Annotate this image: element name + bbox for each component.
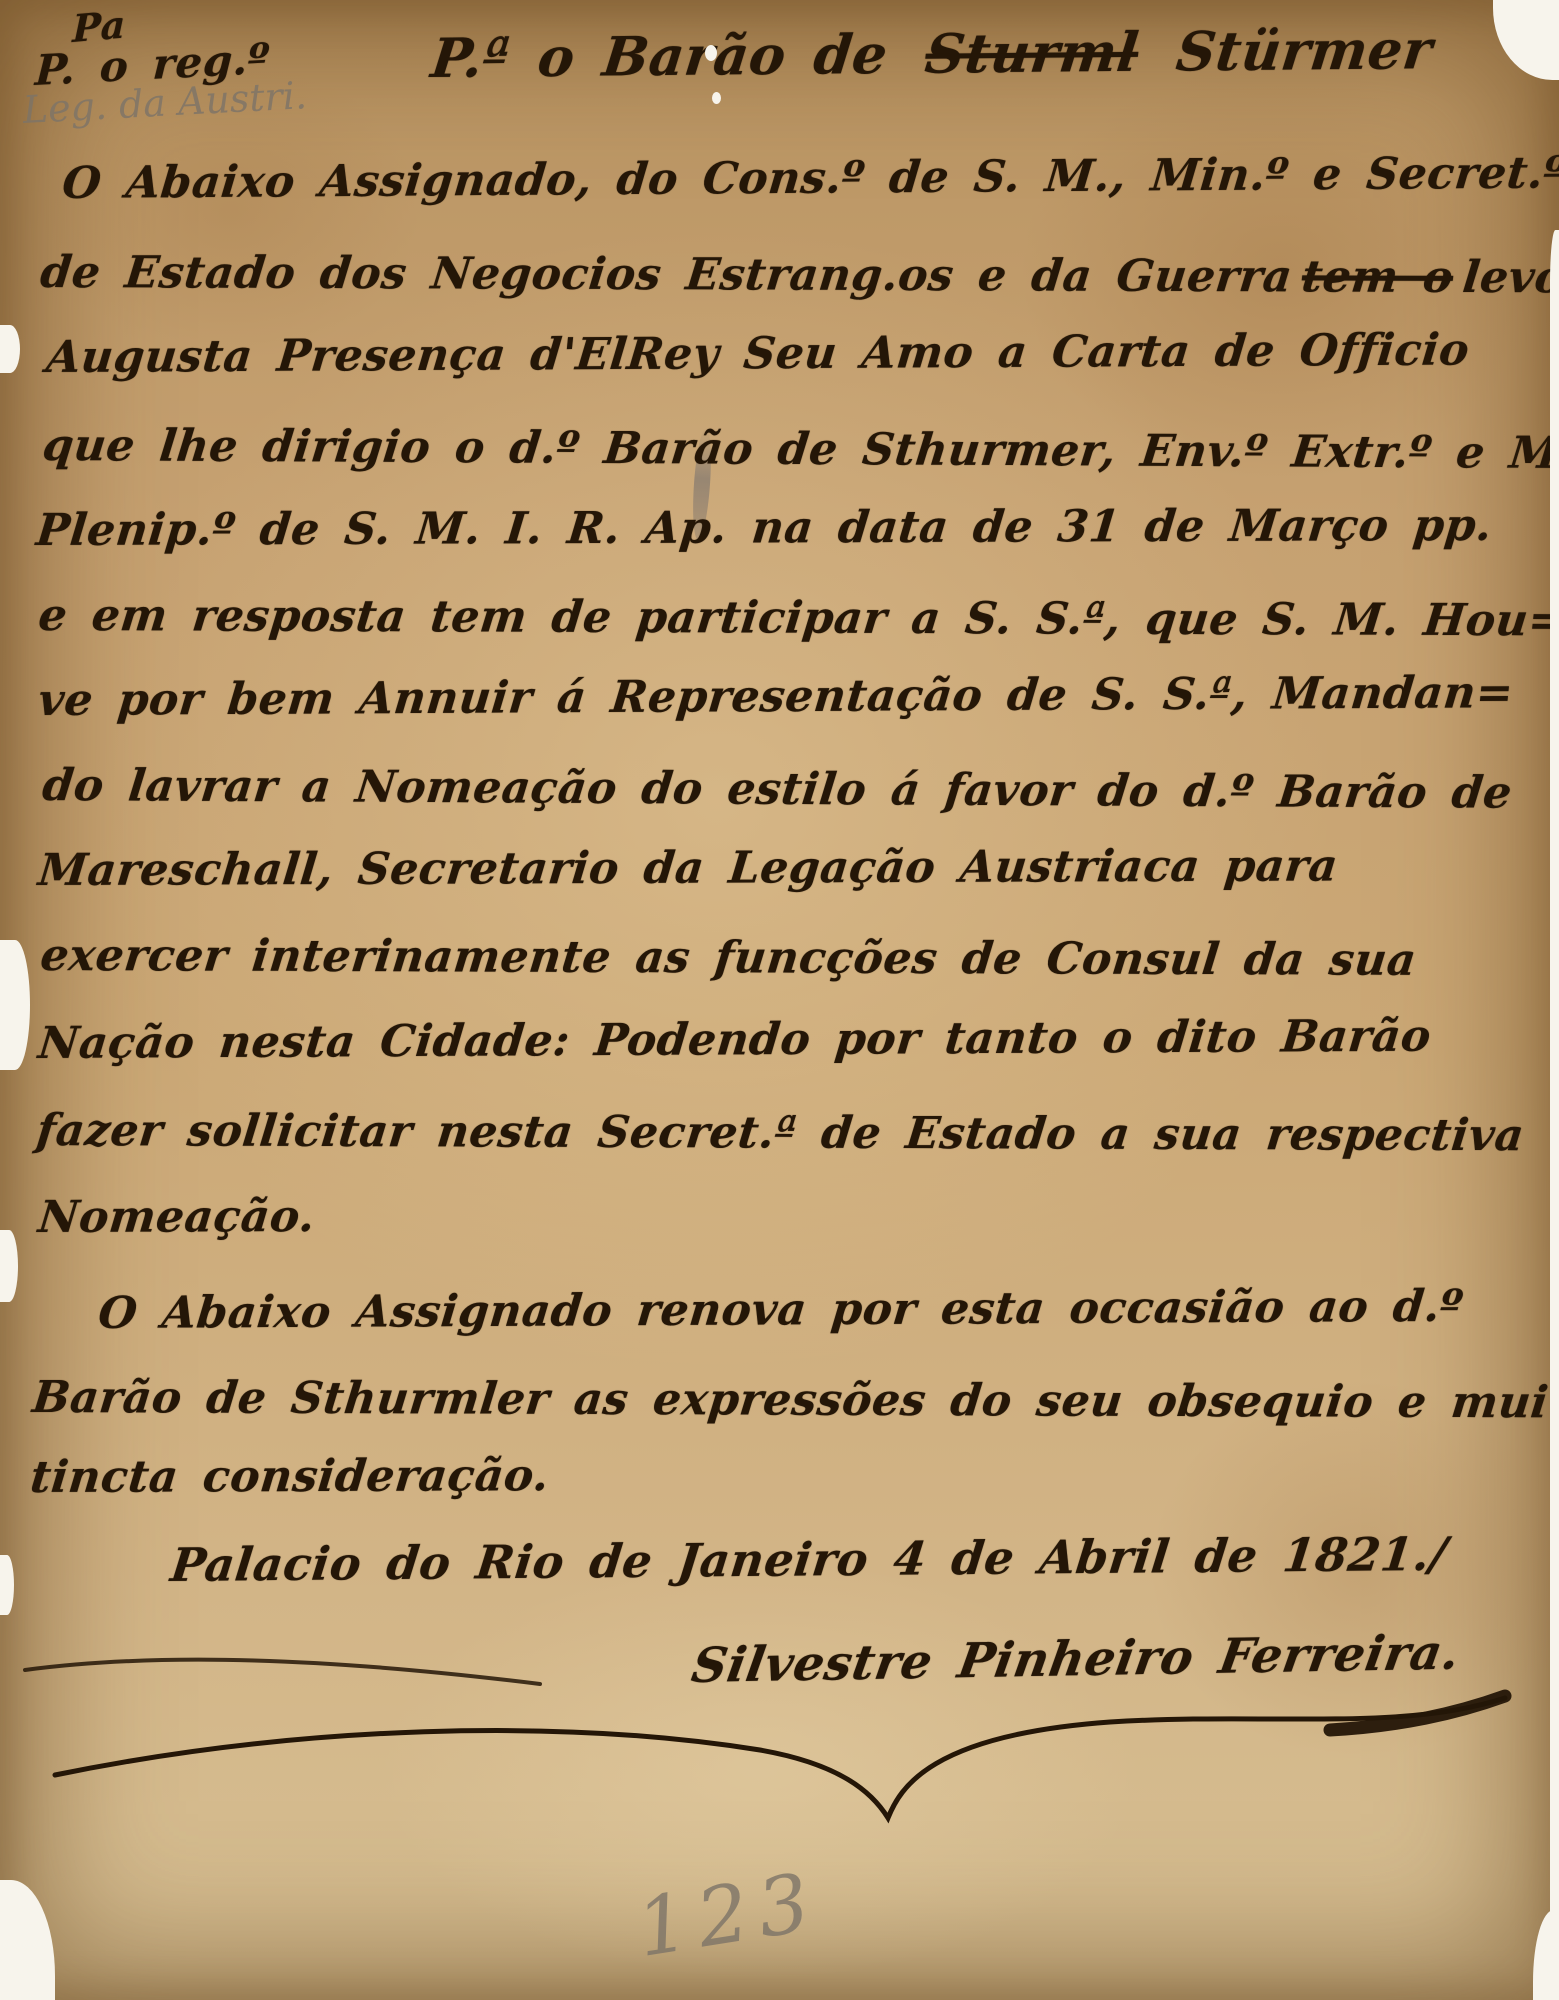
paper-fleck — [705, 45, 717, 61]
manuscript-line-1: O Abaixo Assignado, do Cons.º de S. M., … — [60, 148, 1559, 209]
manuscript-line-12: fazer sollicitar nesta Secret.ª de Estad… — [34, 1105, 1527, 1161]
torn-edge — [0, 1230, 18, 1302]
addressee-name: Stürmer — [1173, 17, 1436, 83]
torn-edge — [0, 940, 30, 1070]
line-2-pre: de Estado dos Negocios Estrang.os e da G… — [38, 247, 1295, 302]
manuscript-line-7: ve por bem Annuir á Representação de S. … — [36, 667, 1516, 726]
addressee-prefix: P.ª o Barão de — [428, 22, 891, 90]
torn-edge — [0, 1880, 55, 2000]
line-2-struck: tem o — [1299, 251, 1456, 303]
signature-flourish — [0, 1640, 1559, 1840]
manuscript-line-3: Augusta Presença d'ElRey Seu Amo a Carta… — [44, 325, 1472, 383]
torn-edge — [0, 1555, 14, 1615]
manuscript-line-10: exercer interinamente as funcções de Con… — [38, 930, 1419, 986]
manuscript-line-6: e em resposta tem de participar a S. S.ª… — [36, 590, 1559, 646]
torn-edge — [0, 325, 20, 373]
manuscript-line-4: que lhe dirigio o d.º Barão de Sthurmer,… — [40, 420, 1559, 479]
manuscript-line-15: Barão de Sthurmler as expressões do seu … — [30, 1372, 1559, 1429]
manuscript-page: Pa P. o reg.º Leg. da Austri. P.ª o Barã… — [0, 0, 1559, 2000]
manuscript-line-5: Plenip.º de S. M. I. R. Ap. na data de 3… — [34, 500, 1495, 556]
manuscript-line-2: de Estado dos Negocios Estrang.os e da G… — [38, 247, 1559, 304]
paper-fleck — [712, 92, 721, 104]
manuscript-line-9: Mareschall, Secretario da Legação Austri… — [36, 840, 1340, 896]
pencil-page-number: 123 — [630, 1855, 825, 1975]
manuscript-line-13: Nomeação. — [36, 1191, 318, 1243]
torn-edge — [1493, 0, 1559, 80]
struck-word-icon: Sturml — [922, 20, 1142, 86]
addressee-line: P.ª o Barão de Sturml Stürmer — [428, 17, 1436, 90]
date-line: Palacio do Rio de Janeiro 4 de Abril de … — [168, 1527, 1450, 1592]
manuscript-line-16: tincta consideração. — [28, 1450, 552, 1503]
manuscript-line-8: do lavrar a Nomeação do estilo á favor d… — [40, 760, 1515, 819]
torn-edge — [1550, 230, 1559, 2000]
manuscript-line-11: Nação nesta Cidade: Podendo por tanto o … — [36, 1011, 1434, 1069]
manuscript-line-14: O Abaixo Assignado renova por esta occas… — [96, 1281, 1465, 1339]
line-2-post: levou á — [1460, 252, 1559, 304]
torn-edge — [1533, 1910, 1559, 2000]
